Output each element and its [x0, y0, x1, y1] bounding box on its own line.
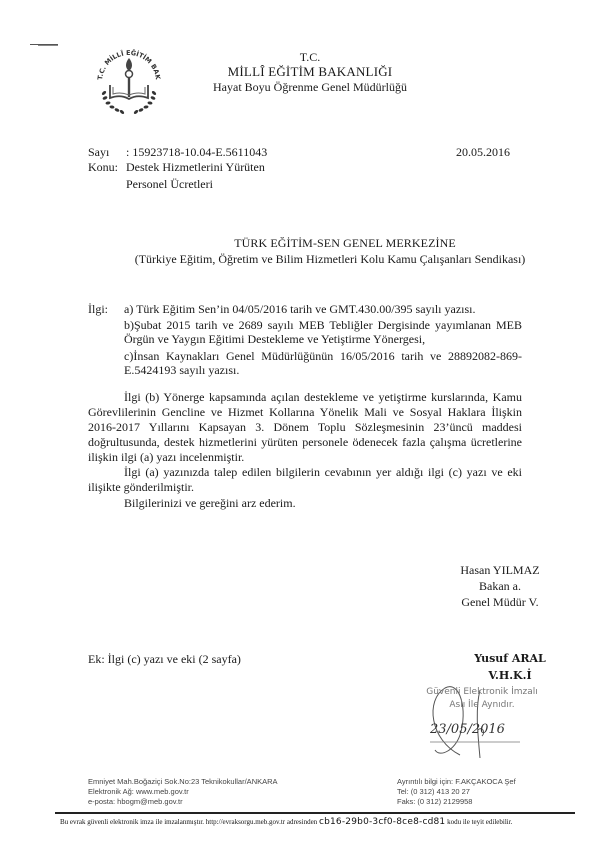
footer-contact-left: Emniyet Mah.Boğaziçi Sok.No:23 Teknikoku… [88, 777, 278, 807]
addressee-title: TÜRK EĞİTİM-SEN GENEL MERKEZİNE [180, 236, 510, 251]
header-tc: T.C. [180, 50, 440, 65]
header-ministry: MİLLÎ EĞİTİM BAKANLIĞI [180, 64, 440, 80]
ilgi-label: İlgi: [88, 302, 108, 317]
ilgi-item-c: c)İnsan Kaynakları Genel Müdürlüğünün 16… [124, 349, 522, 377]
footer-fax: Faks: (0 312) 2129958 [397, 797, 516, 807]
logo-text: T.C. MİLLÎ EĞİTİM BAKANLIĞI [92, 38, 162, 81]
signatory-title-2: Genel Müdür V. [440, 594, 560, 610]
attachment-note: Ek: İlgi (c) yazı ve eki (2 sayfa) [88, 652, 241, 667]
e-signature-stamp: Güvenli Elektronik İmzalı Aslı İle Aynıd… [418, 686, 546, 712]
subject: Konu:Destek Hizmetlerini Yürüten [88, 160, 265, 175]
svg-text:T.C. MİLLÎ EĞİTİM BAKANLIĞI: T.C. MİLLÎ EĞİTİM BAKANLIĞI [92, 38, 162, 81]
signatory-name: Hasan YILMAZ [440, 562, 560, 578]
stamp-date: 23/05/2016 [430, 722, 505, 737]
certifier-name: Yusuf ARAL [455, 650, 565, 667]
signatory-title-1: Bakan a. [440, 578, 560, 594]
verify-code: cb16-29b0-3cf0-8ce8-cd81 [319, 817, 445, 827]
stamp-line-2: Aslı İle Aynıdır. [418, 699, 546, 712]
konu-line2: Personel Ücretleri [126, 177, 213, 192]
konu-label: Konu: [88, 160, 126, 175]
body-paragraph-2: İlgi (a) yazınızda talep edilen bilgiler… [88, 465, 522, 495]
sayi-label: Sayı [88, 145, 126, 160]
ilgi-item-a: a) Türk Eğitim Sen’in 04/05/2016 tarih v… [124, 302, 522, 316]
ilgi-item-b: b)Şubat 2015 tarih ve 2689 sayılı MEB Te… [124, 318, 522, 346]
sayi-value: : 15923718-10.04-E.5611043 [126, 145, 267, 159]
footer-website: Elektronik Ağ: www.meb.gov.tr [88, 787, 278, 797]
body-paragraph-3: Bilgilerinizi ve gereğini arz ederim. [88, 496, 522, 511]
addressee-subtitle: (Türkiye Eğitim, Öğretim ve Bilim Hizmet… [100, 252, 560, 267]
footer-contact-person: Ayrıntılı bilgi için: F.AKÇAKOCA Şef [397, 777, 516, 787]
verify-prefix: Bu evrak güvenli elektronik imza ile imz… [60, 818, 317, 826]
ministry-emblem-icon: T.C. MİLLÎ EĞİTİM BAKANLIĞI [92, 38, 166, 118]
body-paragraph-1: İlgi (b) Yönerge kapsamında açılan deste… [88, 390, 522, 465]
footer-email: e-posta: hbogm@meb.gov.tr [88, 797, 278, 807]
footer-phone: Tel: (0 312) 413 20 27 [397, 787, 516, 797]
stamp-line-1: Güvenli Elektronik İmzalı [418, 686, 546, 699]
document-number: Sayı: 15923718-10.04-E.5611043 [88, 145, 267, 160]
footer-contact-right: Ayrıntılı bilgi için: F.AKÇAKOCA Şef Tel… [397, 777, 516, 807]
verify-suffix: kodu ile teyit edilebilir. [447, 818, 512, 826]
footer-divider [55, 812, 575, 814]
certification-block: Yusuf ARAL V.H.K.İ [455, 650, 565, 684]
document-date: 20.05.2016 [456, 145, 510, 160]
footer-address: Emniyet Mah.Boğaziçi Sok.No:23 Teknikoku… [88, 777, 278, 787]
signature-block: Hasan YILMAZ Bakan a. Genel Müdür V. [440, 562, 560, 610]
scan-artifact [38, 45, 58, 46]
header-directorate: Hayat Boyu Öğrenme Genel Müdürlüğü [180, 80, 440, 95]
verification-note: Bu evrak güvenli elektronik imza ile imz… [60, 817, 600, 827]
konu-line1: Destek Hizmetlerini Yürüten [126, 160, 265, 174]
